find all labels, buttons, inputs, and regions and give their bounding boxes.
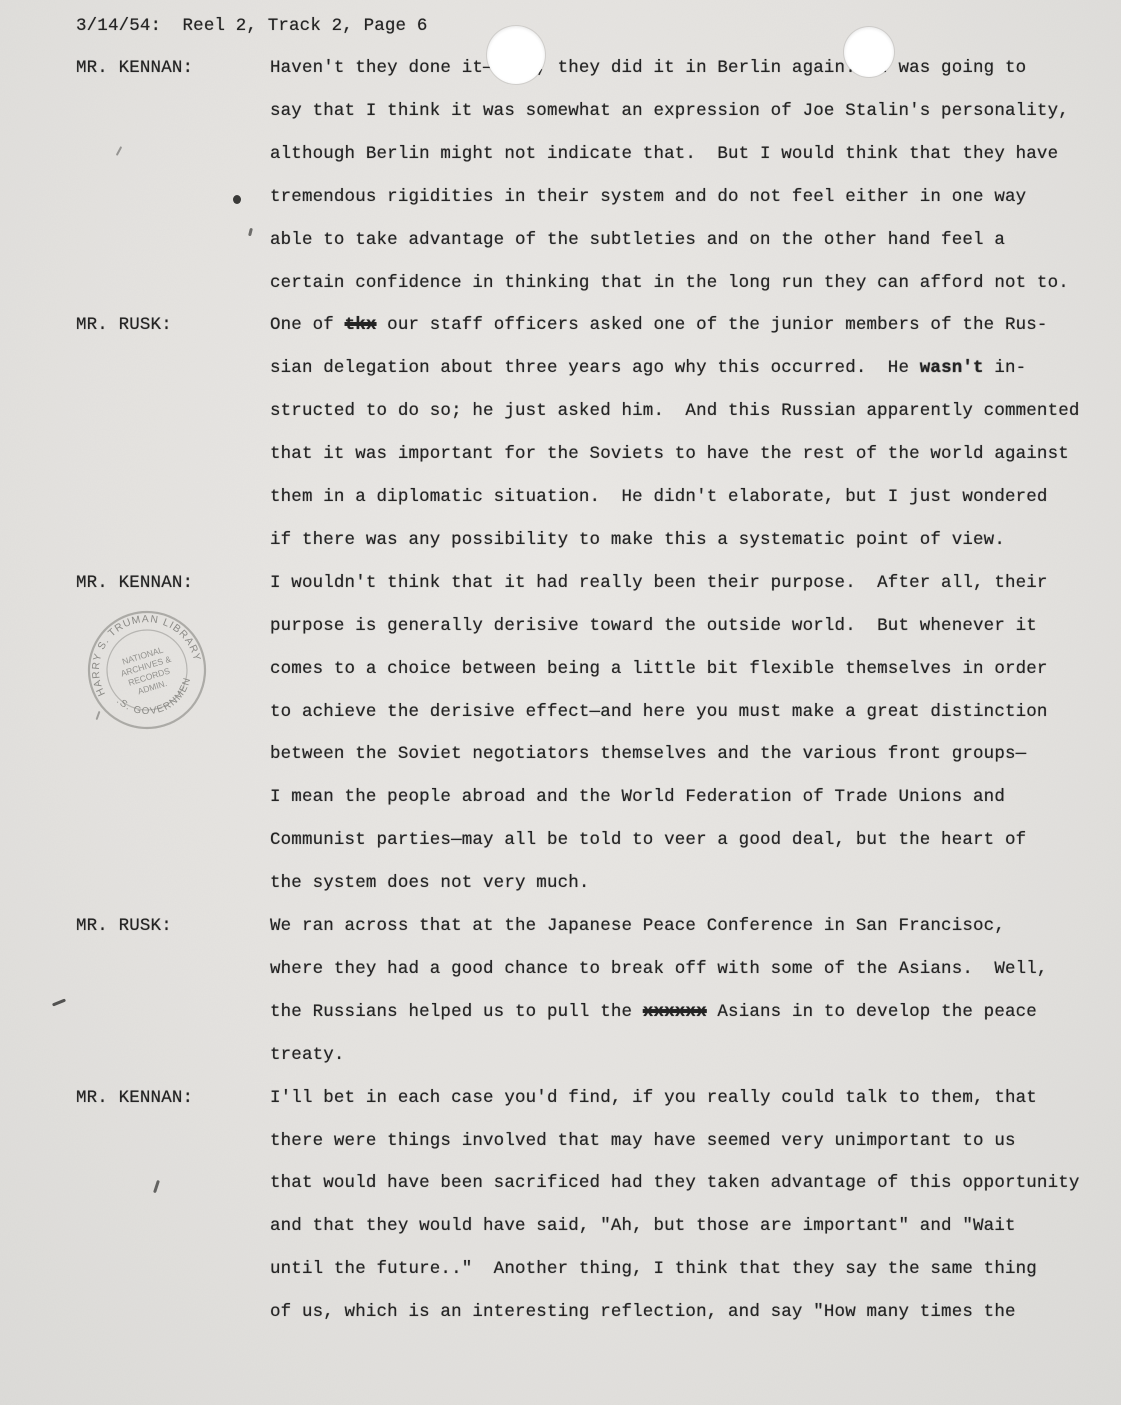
text-segment: Communist parties—may all be told to vee… [270,830,1026,850]
text-segment: our staff officers asked one of the juni… [377,315,1048,335]
text-segment: able to take advantage of the subtleties… [270,230,1005,250]
text-segment: purpose is generally derisive toward the… [270,616,1037,636]
text-segment: I mean the people abroad and the World F… [270,787,1005,807]
transcript-line: where they had a good chance to break of… [270,958,1048,980]
text-segment: I'll bet in each case you'd find, if you… [270,1088,1037,1108]
struck-out-text: xxxxxx [643,1002,707,1022]
page-header: 3/14/54: Reel 2, Track 2, Page 6 [76,15,428,37]
text-segment: that it was important for the Soviets to… [270,444,1069,464]
transcript-line: comes to a choice between being a little… [270,658,1048,680]
transcript-line: to achieve the derisive effect—and here … [270,701,1048,723]
truman-library-archive-stamp: HARRY S. TRUMAN LIBRARY U.S. GOVERNMENT … [77,600,217,740]
transcript-line: One of tkx our staff officers asked one … [270,314,1048,336]
text-segment: and that they would have said, "Ah, but … [270,1216,1016,1236]
text-segment: I wouldn't think that it had really been… [270,573,1048,593]
text-segment: to achieve the derisive effect—and here … [270,702,1048,722]
text-segment: if there was any possibility to make thi… [270,530,1005,550]
text-segment: of us, which is an interesting reflectio… [270,1302,1016,1322]
pen-mark [116,146,122,156]
text-segment: say that I think it was somewhat an expr… [270,101,1069,121]
struck-out-text: tkx [345,315,377,335]
ink-speck [248,228,252,236]
transcript-line: purpose is generally derisive toward the… [270,615,1037,637]
transcript-line: We ran across that at the Japanese Peace… [270,915,1005,937]
text-segment: certain confidence in thinking that in t… [270,273,1069,293]
transcript-line: I wouldn't think that it had really been… [270,572,1048,594]
text-segment: structed to do so; he just asked him. An… [270,401,1080,421]
speaker-label: MR. KENNAN: [76,572,193,594]
text-segment: where they had a good chance to break of… [270,959,1048,979]
speaker-label: MR. RUSK: [76,915,172,937]
transcript-line: there were things involved that may have… [270,1130,1016,1152]
text-segment: the Russians helped us to pull the [270,1002,643,1022]
transcript-line: until the future.." Another thing, I thi… [270,1258,1037,1280]
pen-mark [153,1180,159,1193]
transcript-line: structed to do so; he just asked him. An… [270,400,1080,422]
text-segment: We ran across that at the Japanese Peace… [270,916,1005,936]
transcript-line: and that they would have said, "Ah, but … [270,1215,1016,1237]
hole-punch-right [844,27,894,77]
transcript-line: them in a diplomatic situation. He didn'… [270,486,1048,508]
text-segment: although Berlin might not indicate that.… [270,144,1058,164]
transcript-line: the system does not very much. [270,872,590,894]
document-page: 3/14/54: Reel 2, Track 2, Page 6 MR. KEN… [0,0,1121,1405]
text-segment: until the future.." Another thing, I thi… [270,1259,1037,1279]
transcript-line: although Berlin might not indicate that.… [270,143,1058,165]
text-segment: in- [984,358,1027,378]
transcript-line: say that I think it was somewhat an expr… [270,100,1069,122]
transcript-line: I mean the people abroad and the World F… [270,786,1005,808]
text-segment: Asians in to develop the peace [707,1002,1037,1022]
speaker-label: MR. KENNAN: [76,57,193,79]
hole-punch-left [487,26,545,84]
ink-speck [233,195,241,204]
speaker-label: MR. KENNAN: [76,1087,193,1109]
text-segment: One of [270,315,345,335]
transcript-line: between the Soviet negotiators themselve… [270,743,1026,765]
text-segment: between the Soviet negotiators themselve… [270,744,1026,764]
pen-mark [52,998,66,1006]
transcript-line: treaty. [270,1044,345,1066]
text-segment: sian delegation about three years ago wh… [270,358,920,378]
transcript-line: Haven't they done it—well, they did it i… [270,57,1026,79]
text-segment: Haven't they done it—well, they did it i… [270,58,1026,78]
text-segment: treaty. [270,1045,345,1065]
transcript-line: of us, which is an interesting reflectio… [270,1301,1016,1323]
text-segment: the system does not very much. [270,873,590,893]
transcript-line: sian delegation about three years ago wh… [270,357,1026,379]
transcript-line: tremendous rigidities in their system an… [270,186,1026,208]
text-segment: them in a diplomatic situation. He didn'… [270,487,1048,507]
text-segment: that would have been sacrificed had they… [270,1173,1080,1193]
transcript-line: if there was any possibility to make thi… [270,529,1005,551]
transcript-line: able to take advantage of the subtleties… [270,229,1005,251]
speaker-label: MR. RUSK: [76,314,172,336]
transcript-line: that it was important for the Soviets to… [270,443,1069,465]
text-segment: wasn't [920,358,984,378]
transcript-line: certain confidence in thinking that in t… [270,272,1069,294]
text-segment: comes to a choice between being a little… [270,659,1048,679]
text-segment: tremendous rigidities in their system an… [270,187,1026,207]
transcript-line: that would have been sacrificed had they… [270,1172,1080,1194]
transcript-line: Communist parties—may all be told to vee… [270,829,1026,851]
text-segment: there were things involved that may have… [270,1131,1016,1151]
transcript-line: I'll bet in each case you'd find, if you… [270,1087,1037,1109]
transcript-line: the Russians helped us to pull the xxxxx… [270,1001,1037,1023]
